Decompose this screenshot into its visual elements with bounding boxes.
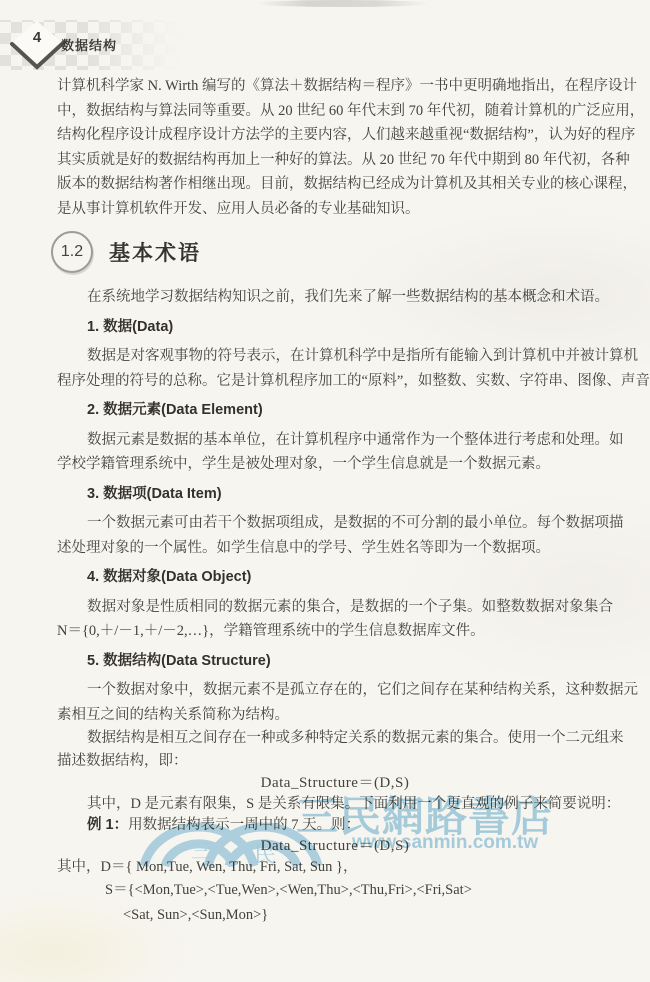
data-structure-formula-repeat: Data_Structure＝(D,S) [57,836,613,857]
term-line: 学校学籍管理系统中，学生是被处理对象，一个学生信息就是一个数据元素。 [57,452,613,477]
term-line: 数据对象是性质相同的数据元素的集合，是数据的一个子集。如整数数据对象集合 [57,595,613,620]
term-line: 一个数据对象中，数据元素不是孤立存在的，它们之间存在某种结构关系，这种数据元 [57,678,613,703]
intro-line: 版本的数据结构著作相继出现。目前，数据结构已经成为计算机及其相关专业的核心课程， [57,172,613,197]
s-set-line: <Sat, Sun>,<Sun,Mon>} [57,903,613,928]
intro-line: 其实质就是好的数据结构再加上一种好的算法。从 20 世纪 70 年代中期到 80… [57,148,613,173]
term-heading: 4. 数据对象(Data Object) [57,565,613,590]
example-text: 用数据结构表示一周中的 7 天。则： [128,817,360,833]
term-heading: 3. 数据项(Data Item) [57,482,613,507]
d-set-line: 其中，D＝{ Mon,Tue, Wen, Thu, Fri, Sat, Sun … [57,857,613,878]
scan-smudge [255,0,430,7]
intro-line: 是从事计算机软件开发、应用人员必备的专业基础知识。 [57,197,613,222]
closing-paragraph-line: 描述数据结构，即： [57,750,613,773]
term-heading: 1. 数据(Data) [57,315,613,340]
lead-paragraph: 在系统地学习数据结构知识之前，我们先来了解一些数据结构的基本概念和术语。 [57,285,613,310]
book-page: 4 数据结构 计算机科学家 N. Wirth 编写的《算法＋数据结构＝程序》一书… [0,0,650,982]
term-line: 述处理对象的一个属性。如学生信息中的学号、学生姓名等即为一个数据项。 [57,536,613,561]
intro-line: 计算机科学家 N. Wirth 编写的《算法＋数据结构＝程序》一书中更明确地指出… [57,74,613,99]
term-line: 程序处理的符号的总称。它是计算机程序加工的“原料”，如整数、实数、字符串、图像、… [57,369,613,394]
s-set-line: S＝{<Mon,Tue>,<Tue,Wen>,<Wen,Thu>,<Thu,Fr… [57,878,613,903]
term-line: 数据是对客观事物的符号表示，在计算机科学中是指所有能输入到计算机中并被计算机 [57,344,613,369]
term-line: 素相互之间的结构关系简称为结构。 [57,703,613,728]
intro-line: 结构化程序设计成程序设计方法学的主要内容，人们越来越重视“数据结构”，认为好的程… [57,123,613,148]
section-title: 基本术语 [109,237,201,267]
term-heading: 2. 数据元素(Data Element) [57,398,613,423]
page-number: 4 [8,20,66,54]
section-heading: 1.2 基本术语 [51,229,613,275]
finite-sets-line: 其中，D 是元素有限集，S 是关系有限集。下面利用一个更直观的例子来简要说明： [57,794,613,815]
section-number-circle: 1.2 [51,231,93,273]
page-content: 计算机科学家 N. Wirth 编写的《算法＋数据结构＝程序》一书中更明确地指出… [57,74,613,928]
running-header-title: 数据结构 [61,35,117,54]
closing-paragraph-line: 数据结构是相互之间存在一种或多种特定关系的数据元素的集合。使用一个二元组来 [57,727,613,750]
term-line: 一个数据元素可由若干个数据项组成，是数据的不可分割的最小单位。每个数据项描 [57,511,613,536]
term-heading: 5. 数据结构(Data Structure) [57,649,613,674]
data-structure-formula: Data_Structure＝(D,S) [57,773,613,794]
example-label: 例 1： [87,817,128,833]
term-line: N＝{0,＋/－1,＋/－2,…}，学籍管理系统中的学生信息数据库文件。 [57,619,613,644]
intro-line: 中，数据结构与算法同等重要。从 20 世纪 60 年代末到 70 年代初，随着计… [57,99,613,124]
example-line: 例 1：用数据结构表示一周中的 7 天。则： [57,815,613,836]
term-line: 数据元素是数据的基本单位，在计算机程序中通常作为一个整体进行考虑和处理。如 [57,428,613,453]
